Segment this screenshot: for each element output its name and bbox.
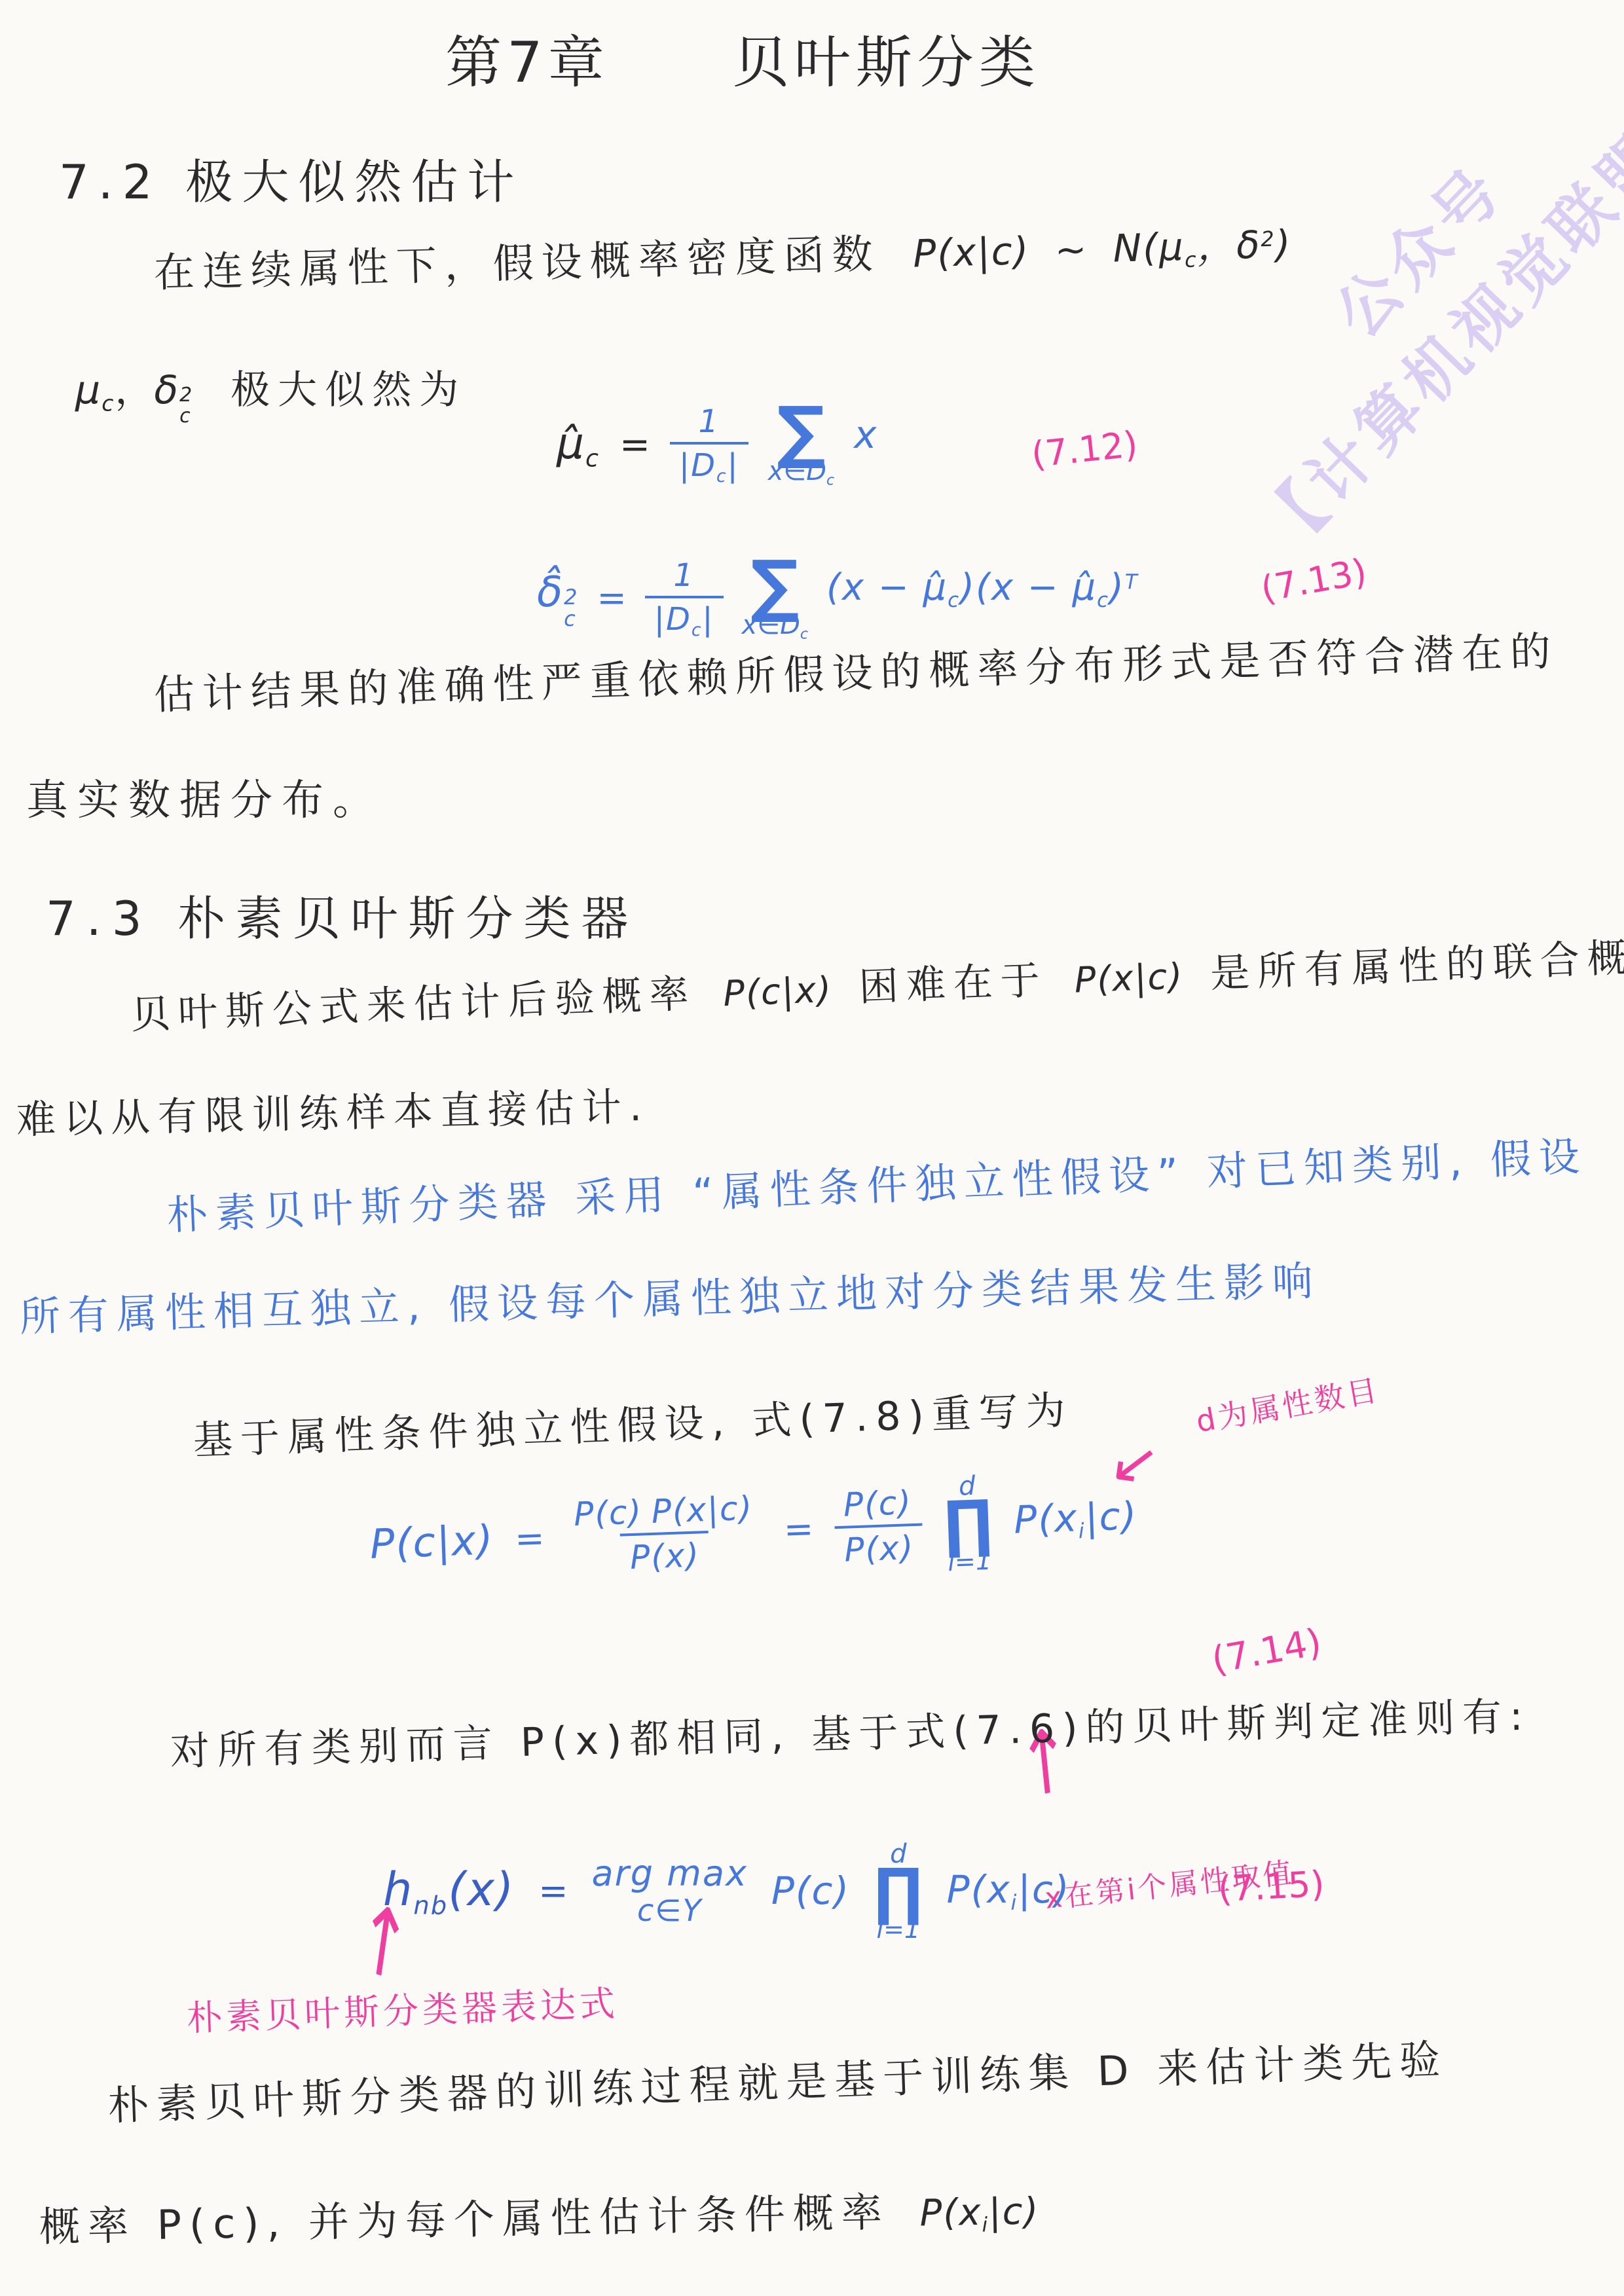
- eq715-argmax-under: c∈Y: [637, 1898, 702, 1923]
- eq715-body: P(xi|c): [947, 1867, 1071, 1915]
- mu-symbol: μ: [75, 367, 101, 413]
- math-comma: ，: [1196, 223, 1237, 269]
- eq715-body-a: P(x: [947, 1867, 1011, 1912]
- eq-7-12: μ̂c = 1 |Dc| ∑ x∈Dc x: [557, 403, 877, 488]
- annotation-d-count: d为属性数目: [1193, 1372, 1382, 1440]
- eq713-term2: (x − μ̂: [976, 566, 1097, 609]
- eq713-term1-sub: c: [948, 589, 960, 612]
- eq715-argmax-under-b: Y: [682, 1893, 702, 1928]
- bayes-difficulty-b: 困难在于: [858, 957, 1048, 1010]
- notes-page: 公众号 【计算机视觉联盟】 第7章 贝叶斯分类 7.2 极大似然估计 在连续属性…: [0, 0, 1624, 2296]
- eq714-fraction-1: P(c)P(x|c) P(x): [564, 1490, 764, 1578]
- line-training-1: 朴素贝叶斯分类器的训练过程就是基于训练集 D 来估计类先验: [107, 2035, 1449, 2131]
- eq714-frac2-den: P(x): [834, 1523, 924, 1569]
- math-mu-sub: c: [1185, 247, 1198, 272]
- watermark: 公众号 【计算机视觉联盟】: [1163, 0, 1624, 581]
- eq713-equals: =: [597, 577, 627, 620]
- eq713-den-b: |: [702, 601, 714, 638]
- math-pxc: P(x|c): [912, 228, 1030, 276]
- pi-product-icon: ∏: [874, 1865, 923, 1919]
- eq-7-13: δ̂2c = 1 |Dc| ∑ x∈Dc (x − μ̂c)(x − μ̂c)T: [537, 556, 1139, 642]
- math-tilde: ~: [1054, 227, 1088, 272]
- eq714-lhs: P(c|x): [369, 1516, 495, 1569]
- eq713-frac-num: 1: [664, 558, 704, 596]
- eq712-frac-den: |Dc|: [670, 442, 748, 486]
- eq713-sum-under: x∈Dc: [742, 614, 808, 641]
- eq714-fraction-2: P(c) P(x): [833, 1485, 924, 1569]
- line-naive-assumption-1: 朴素贝叶斯分类器 采用 “属性条件独立性假设” 对已知类别, 假设: [166, 1132, 1588, 1240]
- eq713-term1-close: ): [960, 566, 976, 609]
- eq713-term1: (x − μ̂: [826, 566, 948, 609]
- mu-sub: c: [101, 391, 115, 416]
- line-training-2-text: 概率 P(c), 并为每个属性估计条件概率: [39, 2188, 890, 2251]
- eq715-body-b: |c): [1018, 1867, 1070, 1912]
- math-close: ): [1275, 222, 1292, 267]
- mu-line-text: 极大似然为: [210, 367, 466, 413]
- eq712-fraction: 1 |Dc|: [670, 405, 748, 486]
- eq713-den-a: |D: [654, 601, 692, 638]
- eq712-mu-sub: c: [585, 444, 600, 472]
- eq713-fraction: 1 |Dc|: [645, 558, 724, 640]
- bayes-difficulty-a: 贝叶斯公式来估计后验概率: [130, 971, 697, 1038]
- eq714-product: d ∏ i=1: [942, 1474, 995, 1573]
- annotation-nb-expression: 朴素贝叶斯分类器表达式: [186, 1983, 619, 2041]
- eq713-body: (x − μ̂c)(x − μ̂c)T: [826, 566, 1139, 613]
- eq713-sub: c: [564, 608, 577, 630]
- eq712-sum-under: x∈Dc: [768, 460, 834, 487]
- eq712-den-sub: c: [716, 466, 728, 486]
- eq715-prod-under: i=1: [877, 1919, 921, 1940]
- math-delta-sup: 2: [1261, 227, 1276, 252]
- line-rewrite-basis: 基于属性条件独立性假设, 式(7.8)重写为: [193, 1387, 1074, 1465]
- eq713-frac-den: |Dc|: [645, 596, 724, 640]
- line-training-2-math: P(xi|c): [919, 2190, 1040, 2234]
- math-delta: δ: [1236, 223, 1261, 268]
- eq715-argmax-op: arg max: [592, 1859, 748, 1889]
- eq715-body-sub: i: [1011, 1890, 1018, 1915]
- eq-7-12-tag: (7.12): [1029, 424, 1139, 476]
- eq712-mu-hat: μ̂: [557, 418, 585, 469]
- eq714-frac1-num: P(c)P(x|c): [564, 1490, 763, 1535]
- line-continuous-attr: 在连续属性下，假设概率密度函数 P(x|c) ~ N(μc，δ2): [153, 219, 1293, 300]
- eq714-frac1-den: P(x): [620, 1531, 710, 1576]
- eq712-sum-under-sub: c: [826, 473, 834, 489]
- eq714-body-a: P(x: [1013, 1495, 1079, 1542]
- eq-7-15: hnb(x) = arg max c∈Y P(c) d ∏ i=1 P(xi|c…: [383, 1843, 1070, 1940]
- eq712-equals: =: [619, 423, 650, 467]
- mu-comma: ，: [115, 367, 154, 413]
- eq713-den-sub: c: [692, 620, 703, 640]
- eq714-frac1-num-b: P(x|c): [651, 1489, 754, 1531]
- eq712-sum-under-a: x∈D: [768, 456, 826, 486]
- eq715-equals: =: [538, 1870, 568, 1913]
- eq-7-14-tag: (7.14): [1209, 1621, 1325, 1682]
- eq714-frac2-num: P(c): [834, 1485, 922, 1527]
- section-72-heading: 7.2 极大似然估计: [59, 154, 523, 210]
- line-naive-assumption-2: 所有属性相互独立, 假设每个属性独立地对分类结果发生影响: [19, 1257, 1321, 1342]
- line-true-distribution: 真实数据分布。: [26, 776, 384, 826]
- arrow-up-right-icon: ↑: [351, 1889, 416, 1997]
- eq714-frac1-num-a: P(c): [573, 1493, 643, 1533]
- eq-7-13-tag: (7.13): [1258, 551, 1370, 610]
- eq715-h-sub: nb: [413, 1891, 448, 1920]
- eq714-body: P(xi|c): [1013, 1493, 1138, 1546]
- line-mu-sigma: μc，δ2c 极大似然为: [75, 367, 466, 426]
- eq713-sum-under-a: x∈D: [742, 610, 800, 640]
- eq-7-15-tag: (7.15): [1217, 1863, 1325, 1910]
- eq712-den-a: |D: [679, 447, 716, 484]
- eq714-body-b: |c): [1084, 1493, 1138, 1540]
- line-continuous-attr-text: 在连续属性下，假设概率密度函数: [153, 230, 881, 297]
- eq715-pc: P(c): [771, 1868, 850, 1914]
- eq712-den-b: |: [728, 447, 739, 484]
- bayes-difficulty-c: 是所有属性的联合概率，: [1209, 931, 1624, 996]
- eq713-supsub: 2c: [564, 587, 578, 630]
- line-bayes-criterion: 对所有类别而言 P(x)都相同, 基于式(7.6)的贝叶斯判定准则有:: [170, 1693, 1531, 1776]
- sigma-sub: c: [179, 406, 192, 427]
- eq714-prod-under: i=1: [948, 1550, 992, 1573]
- sigma-symbol: δ: [154, 367, 179, 413]
- sigma-sum-icon: ∑: [750, 556, 800, 614]
- eq715-product: d ∏ i=1: [874, 1843, 923, 1940]
- train2-math-a: P(x: [919, 2191, 982, 2235]
- section-73-heading: 7.3 朴素贝叶斯分类器: [46, 890, 638, 947]
- eq713-lhs: δ̂2c: [537, 568, 579, 630]
- line-training-2: 概率 P(c), 并为每个属性估计条件概率 P(xi|c): [39, 2185, 1040, 2253]
- eq715-h-arg: (x): [448, 1863, 515, 1916]
- chapter-title: 第7章 贝叶斯分类: [445, 29, 1041, 97]
- eq715-argmax-under-a: c∈: [637, 1893, 682, 1928]
- eq713-transpose: T: [1125, 570, 1139, 594]
- math-normal-open: N(μ: [1113, 225, 1185, 271]
- eq712-frac-num: 1: [690, 405, 729, 442]
- sigma-sum-icon: ∑: [777, 403, 826, 460]
- line-hard-to-estimate: 难以从有限训练样本直接估计.: [16, 1084, 650, 1144]
- eq713-term2-close: ): [1109, 566, 1125, 609]
- train2-math-sub: i: [982, 2213, 989, 2236]
- eq-7-14: P(c|x) = P(c)P(x|c) P(x) = P(c) P(x) d ∏…: [368, 1469, 1139, 1593]
- eq713-sup: 2: [564, 587, 578, 609]
- eq713-term2-sub: c: [1097, 589, 1109, 612]
- eq713-sigma-hat: δ̂: [537, 568, 564, 617]
- eq712-body: x: [854, 412, 877, 458]
- train2-math-b: |c): [988, 2190, 1040, 2233]
- eq713-sum-under-sub: c: [800, 627, 808, 643]
- eq714-equals-1: =: [514, 1517, 545, 1560]
- eq712-sum: ∑ x∈Dc: [768, 403, 834, 488]
- eq715-argmax: arg max c∈Y: [592, 1859, 748, 1923]
- eq713-sum: ∑ x∈Dc: [742, 556, 808, 642]
- density-function-math: P(x|c) ~ N(μc，δ2): [912, 222, 1292, 276]
- sigma-sup: 2: [179, 385, 193, 406]
- sigma-supsub: 2c: [179, 385, 193, 426]
- bayes-difficulty-math-1: P(c|x): [722, 969, 833, 1014]
- eq714-equals-2: =: [783, 1508, 814, 1551]
- bayes-difficulty-math-2: P(x|c): [1074, 955, 1185, 1000]
- pi-product-icon: ∏: [943, 1497, 994, 1552]
- eq712-lhs: μ̂c: [557, 418, 600, 473]
